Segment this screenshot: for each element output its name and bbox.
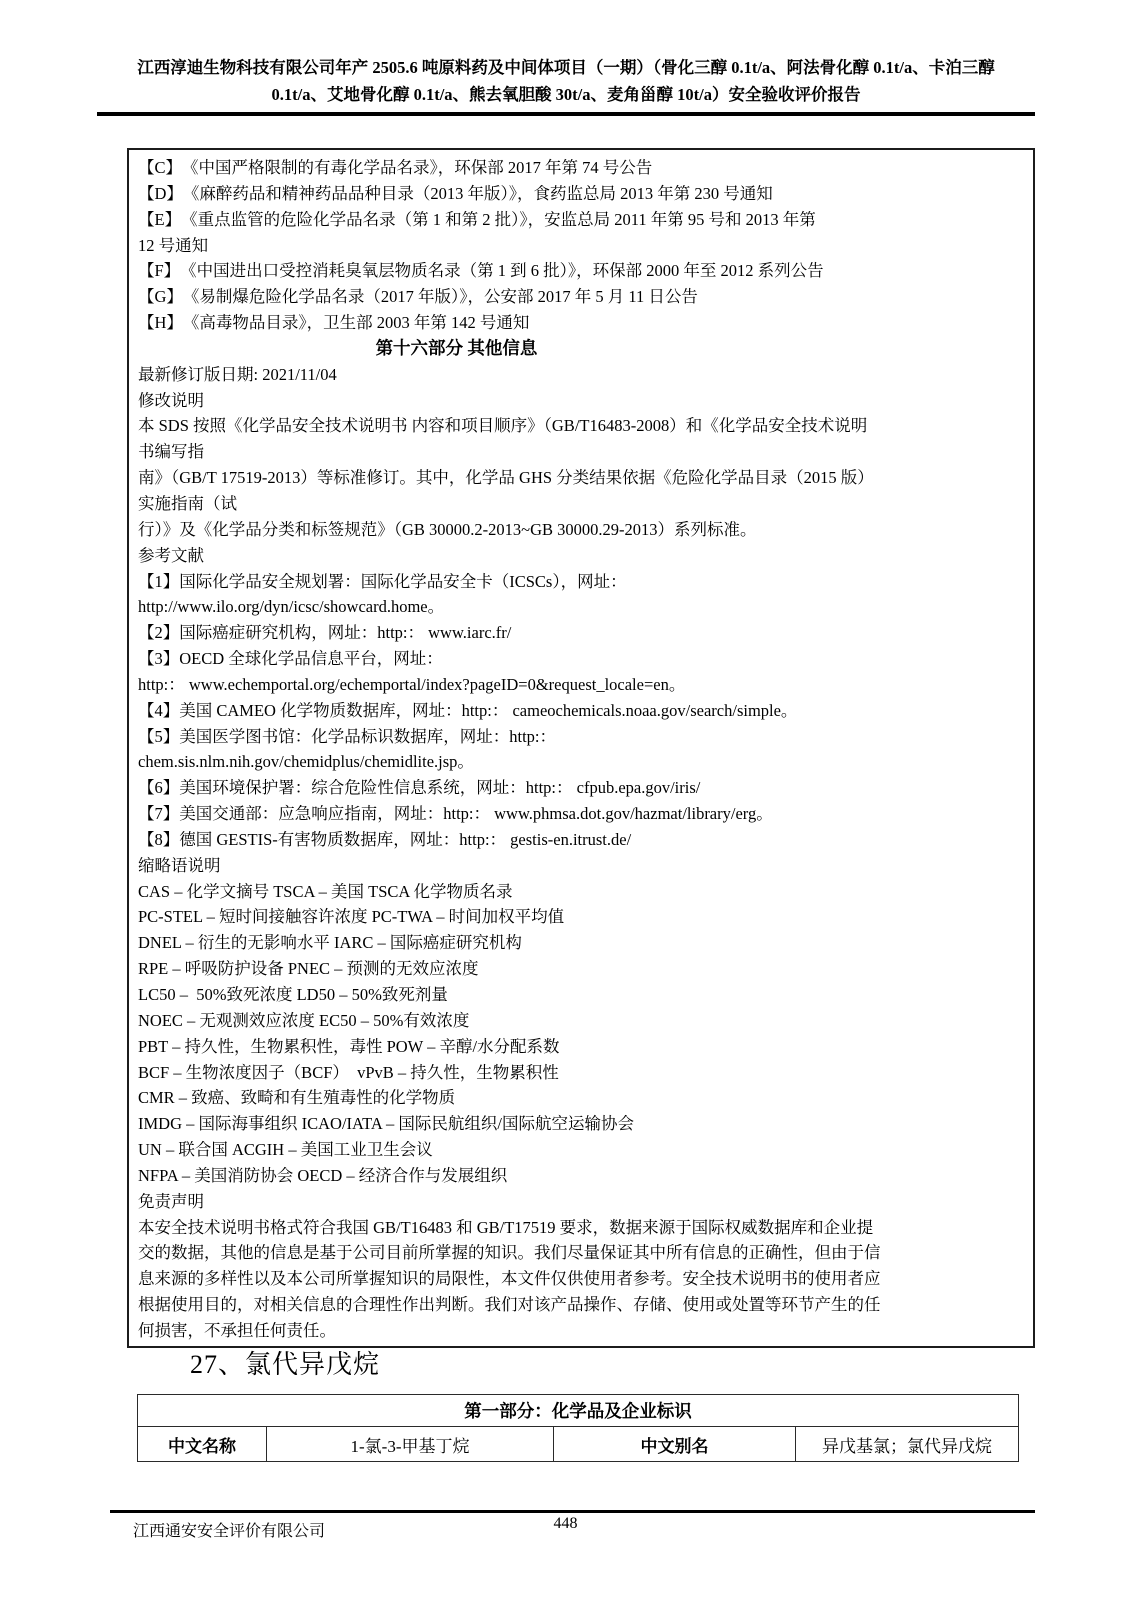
document-page: 江西淳迪生物科技有限公司年产 2505.6 吨原料药及中间体项目（一期）（骨化三… [0, 0, 1131, 1600]
text-line: 12 号通知 [138, 233, 1025, 259]
text-line: NOEC – 无观测效应浓度 EC50 – 50%有效浓度 [138, 1008, 1025, 1034]
chemical-identification-table: 第一部分：化学品及企业标识 中文名称 1-氯-3-甲基丁烷 中文别名 异戊基氯；… [137, 1394, 1019, 1462]
table-title: 第一部分：化学品及企业标识 [138, 1395, 1019, 1427]
text-line: CMR – 致癌、致畸和有生殖毒性的化学物质 [138, 1085, 1025, 1111]
text-line: 【2】国际癌症研究机构，网址：http:： www.iarc.fr/ [138, 620, 1025, 646]
text-line: CAS – 化学文摘号 TSCA – 美国 TSCA 化学物质名录 [138, 879, 1025, 905]
text-line: http://www.ilo.org/dyn/icsc/showcard.hom… [138, 594, 1025, 620]
text-line: 【8】德国 GESTIS-有害物质数据库，网址：http:： gestis-en… [138, 827, 1025, 853]
text-line: 【E】 《重点监管的危险化学品名录（第 1 和第 2 批）》，安监总局 2011… [138, 207, 1025, 233]
text-line: 【C】 《中国严格限制的有毒化学品名录》，环保部 2017 年第 74 号公告 [138, 155, 1025, 181]
section-heading: 27、氯代异戊烷 [190, 1344, 380, 1381]
text-line: 根据使用目的，对相关信息的合理性作出判断。我们对该产品操作、存储、使用或处置等环… [138, 1292, 1025, 1318]
text-line: 参考文献 [138, 543, 1025, 569]
chinese-name-value: 1-氯-3-甲基丁烷 [267, 1427, 554, 1462]
text-line: 第十六部分 其他信息 [138, 336, 1025, 362]
report-title: 江西淳迪生物科技有限公司年产 2505.6 吨原料药及中间体项目（一期）（骨化三… [97, 54, 1035, 108]
text-line: PBT – 持久性，生物累积性，毒性 POW – 辛醇/水分配系数 [138, 1034, 1025, 1060]
text-line: 书编写指 [138, 439, 1025, 465]
text-line: NFPA – 美国消防协会 OECD – 经济合作与发展组织 [138, 1163, 1025, 1189]
text-line: 【4】美国 CAMEO 化学物质数据库，网址：http:： cameochemi… [138, 698, 1025, 724]
text-line: http:： www.echemportal.org/echemportal/i… [138, 672, 1025, 698]
footer-company: 江西通安安全评价有限公司 [133, 1518, 325, 1541]
text-line: 【7】美国交通部：应急响应指南，网址：http:： www.phmsa.dot.… [138, 801, 1025, 827]
text-line: IMDG – 国际海事组织 ICAO/IATA – 国际民航组织/国际航空运输协… [138, 1111, 1025, 1137]
text-line: 实施指南（试 [138, 491, 1025, 517]
text-line: 【H】 《高毒物品目录》，卫生部 2003 年第 142 号通知 [138, 310, 1025, 336]
text-line: 免责声明 [138, 1189, 1025, 1215]
text-line: 交的数据，其他的信息是基于公司目前所掌握的知识。我们尽量保证其中所有信息的正确性… [138, 1240, 1025, 1266]
chinese-name-label: 中文名称 [138, 1427, 267, 1462]
text-line: 【D】 《麻醉药品和精神药品品种目录（2013 年版）》，食药监总局 2013 … [138, 181, 1025, 207]
text-line: DNEL – 衍生的无影响水平 IARC – 国际癌症研究机构 [138, 930, 1025, 956]
table-title-row: 第一部分：化学品及企业标识 [138, 1395, 1019, 1427]
sds-content-box: 【C】 《中国严格限制的有毒化学品名录》，环保部 2017 年第 74 号公告【… [127, 148, 1035, 1348]
text-line: 缩略语说明 [138, 853, 1025, 879]
text-line: 【3】OECD 全球化学品信息平台，网址： [138, 646, 1025, 672]
chinese-alias-value: 异戊基氯；氯代异戊烷 [796, 1427, 1019, 1462]
text-line: LC50 – 50%致死浓度 LD50 – 50%致死剂量 [138, 982, 1025, 1008]
report-title-line1: 江西淳迪生物科技有限公司年产 2505.6 吨原料药及中间体项目（一期）（骨化三… [97, 54, 1035, 81]
footer-divider [110, 1510, 1035, 1513]
text-line: 最新修订版日期: 2021/11/04 [138, 362, 1025, 388]
text-line: UN – 联合国 ACGIH – 美国工业卫生会议 [138, 1137, 1025, 1163]
text-line: 【5】美国医学图书馆：化学品标识数据库，网址：http:： [138, 724, 1025, 750]
text-line: 【G】 《易制爆危险化学品名录（2017 年版）》，公安部 2017 年 5 月… [138, 284, 1025, 310]
text-line: 【6】美国环境保护署：综合危险性信息系统，网址：http:： cfpub.epa… [138, 775, 1025, 801]
chinese-alias-label: 中文别名 [554, 1427, 796, 1462]
text-line: 【F】 《中国进出口受控消耗臭氧层物质名录（第 1 到 6 批）》，环保部 20… [138, 258, 1025, 284]
text-line: PC-STEL – 短时间接触容许浓度 PC-TWA – 时间加权平均值 [138, 904, 1025, 930]
text-line: chem.sis.nlm.nih.gov/chemidplus/chemidli… [138, 749, 1025, 775]
table-row: 中文名称 1-氯-3-甲基丁烷 中文别名 异戊基氯；氯代异戊烷 [138, 1427, 1019, 1462]
text-line: 本安全技术说明书格式符合我国 GB/T16483 和 GB/T17519 要求，… [138, 1215, 1025, 1241]
text-line: BCF – 生物浓度因子（BCF） vPvB – 持久性，生物累积性 [138, 1060, 1025, 1086]
text-line: 何损害，不承担任何责任。 [138, 1318, 1025, 1344]
text-line: 南》（GB/T 17519-2013）等标准修订。其中，化学品 GHS 分类结果… [138, 465, 1025, 491]
sds-lines: 【C】 《中国严格限制的有毒化学品名录》，环保部 2017 年第 74 号公告【… [138, 155, 1025, 1344]
header-divider [97, 112, 1035, 116]
text-line: 修改说明 [138, 388, 1025, 414]
report-title-line2: 0.1t/a、艾地骨化醇 0.1t/a、熊去氧胆酸 30t/a、麦角甾醇 10t… [97, 81, 1035, 108]
text-line: 行）》及《化学品分类和标签规范》（GB 30000.2-2013~GB 3000… [138, 517, 1025, 543]
text-line: 【1】国际化学品安全规划署：国际化学品安全卡（ICSCs），网址： [138, 569, 1025, 595]
text-line: 本 SDS 按照《化学品安全技术说明书 内容和项目顺序》（GB/T16483-2… [138, 413, 1025, 439]
text-line: 息来源的多样性以及本公司所掌握知识的局限性，本文件仅供使用者参考。安全技术说明书… [138, 1266, 1025, 1292]
text-line: RPE – 呼吸防护设备 PNEC – 预测的无效应浓度 [138, 956, 1025, 982]
